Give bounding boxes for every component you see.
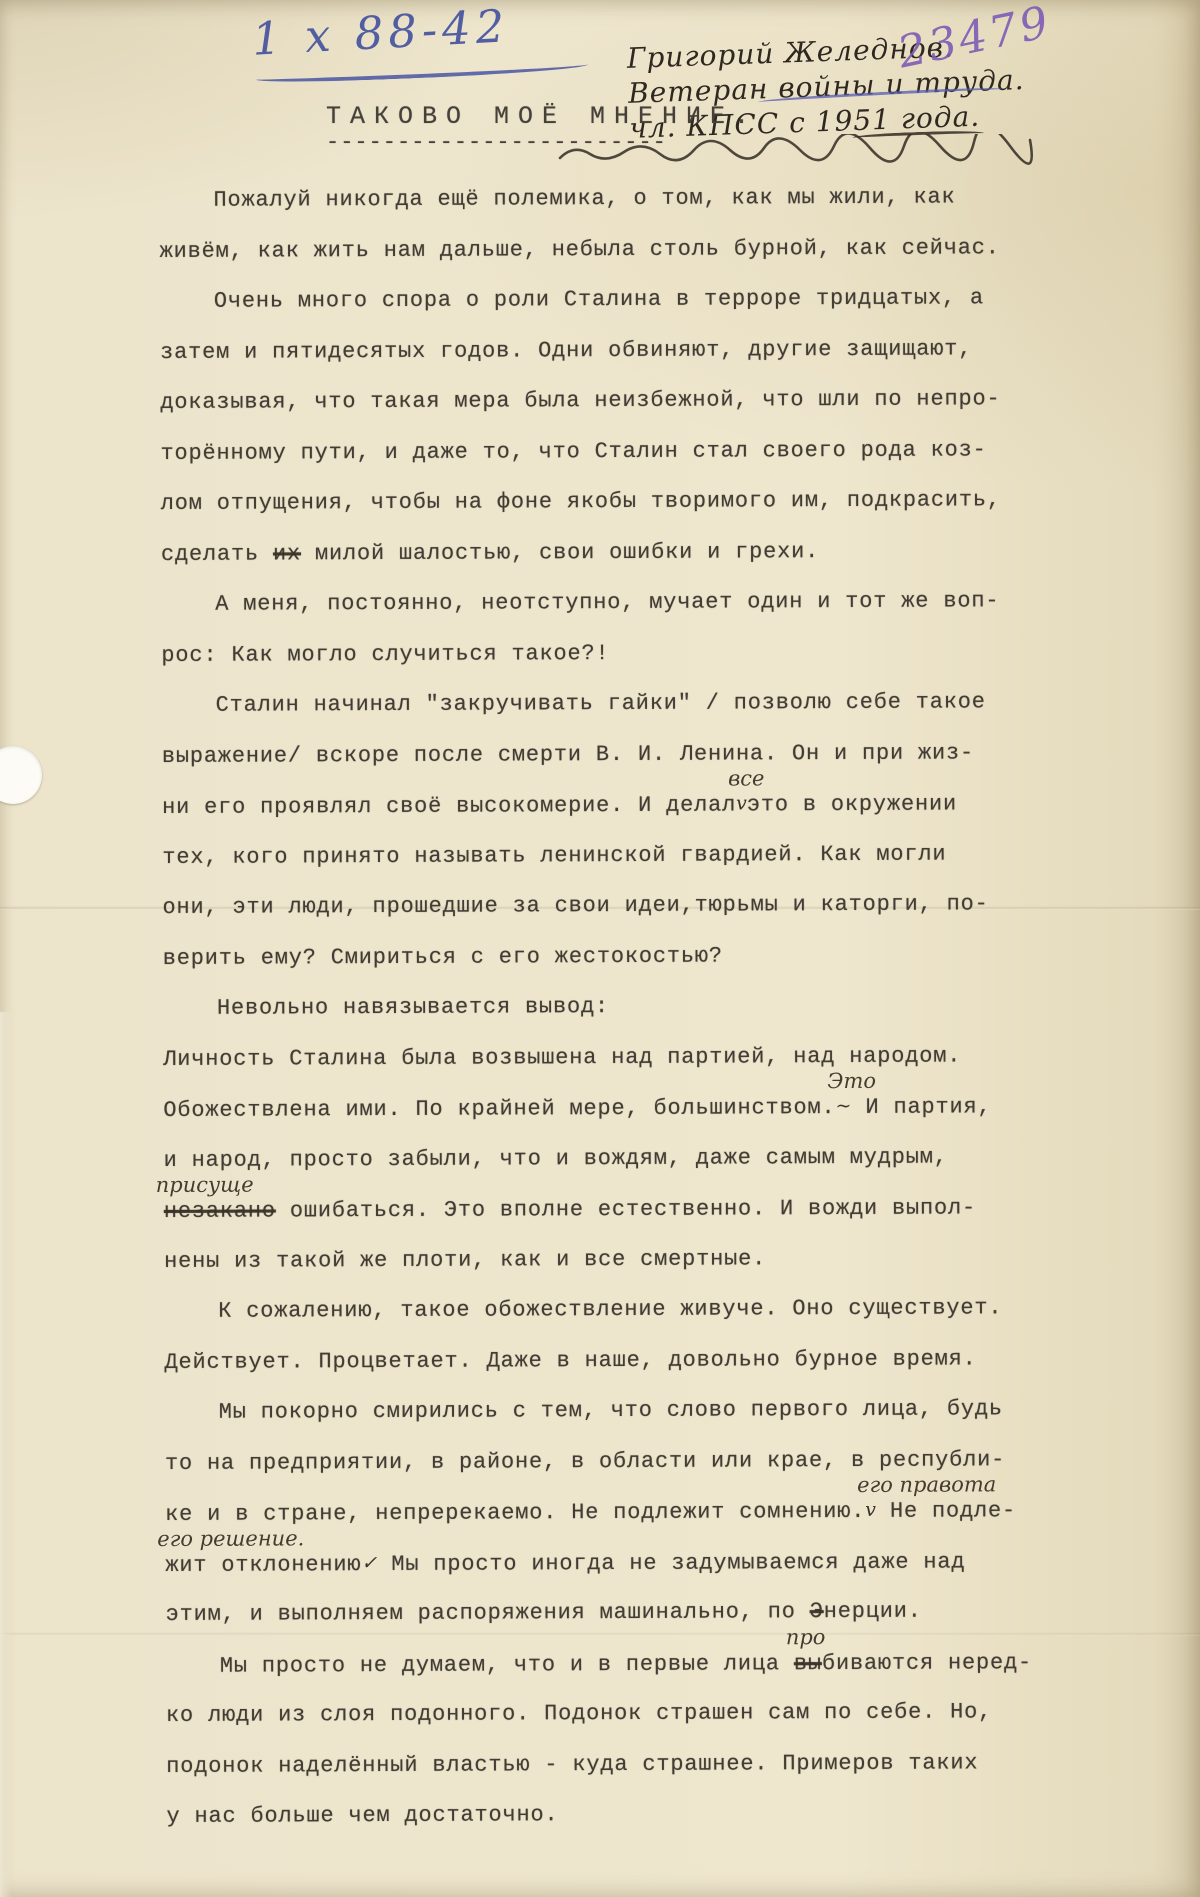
typed-line: тех, кого принято называть ленинской гва… bbox=[162, 841, 1062, 895]
typed-line: подонок наделённый властью - куда страшн… bbox=[166, 1750, 1066, 1804]
typed-text: тех, кого принято называть ленинской гва… bbox=[162, 841, 946, 869]
typed-line: живём, как жить нам дальше, небыла столь… bbox=[160, 235, 1060, 289]
typed-text: Очень много спора о роли Сталина в терро… bbox=[214, 285, 984, 313]
typed-line: доказывая, что такая мера была неизбежно… bbox=[160, 386, 1060, 440]
typed-text: рос: Как могло случиться такое?! bbox=[161, 641, 609, 668]
typed-line: К сожалению, такое обожествление живуче.… bbox=[164, 1295, 1064, 1349]
typed-line: Действует. Процветает. Даже в наше, дово… bbox=[164, 1346, 1064, 1400]
typed-text: К сожалению, такое обожествление живуче.… bbox=[218, 1295, 1002, 1323]
insertion-caret-mark: v bbox=[736, 792, 747, 814]
typed-text: Обожествлена ими. По крайней мере, больш… bbox=[163, 1095, 835, 1123]
typed-line: Сталин начинал "закручивать гайки" / поз… bbox=[162, 689, 1062, 743]
typed-line: А меня, постоянно, неотступно, мучает од… bbox=[161, 588, 1061, 642]
typed-text: жит отклонению bbox=[165, 1552, 361, 1578]
typed-text: торённому пути, и даже то, что Сталин ст… bbox=[160, 437, 986, 466]
typed-text: верить ему? Смириться с его жестокостью? bbox=[163, 943, 723, 970]
typed-text: ошибаться. Это вполне естественно. И вож… bbox=[276, 1195, 976, 1223]
scanned-typewritten-letter: 1 х 88-42 Григорий Желеднов. Ветеран вой… bbox=[0, 0, 1200, 1897]
typed-body: Пожалуй никогда ещё полемика, о том, как… bbox=[159, 184, 1066, 1854]
typed-text: ни его проявлял своё высокомерие. И дела… bbox=[162, 792, 736, 820]
handwritten-underline-stroke bbox=[256, 60, 588, 85]
title-underline-dashes: ------------------------ bbox=[326, 130, 667, 155]
hole-punch bbox=[0, 746, 42, 804]
typed-text: затем и пятидесятых годов. Одни обвиняют… bbox=[160, 336, 972, 365]
typed-line: этим, и выполняем распоряжения машинальн… bbox=[166, 1598, 1066, 1652]
typed-text: нены из такой же плоти, как и все смертн… bbox=[164, 1246, 766, 1274]
typed-line: они, эти люди, прошедшие за свои идеи,тю… bbox=[162, 891, 1062, 945]
document-title: ТАКОВО МОЁ МНЕНИЕ. bbox=[326, 102, 758, 131]
typed-text: этим, и выполняем распоряжения машинальн… bbox=[166, 1599, 810, 1627]
typed-line: ко люди из слоя подонного. Подонок страш… bbox=[166, 1699, 1066, 1753]
insertion-caret-mark: ✓ bbox=[361, 1552, 377, 1574]
typed-text: нерции. bbox=[824, 1599, 922, 1624]
typed-text: Невольно навязывается вывод: bbox=[217, 994, 609, 1021]
typed-text: сделать bbox=[161, 541, 273, 566]
typed-text: у нас больше чем достаточно. bbox=[166, 1802, 558, 1829]
typed-text: милой шалостью, свои ошибки и грехи. bbox=[301, 539, 819, 566]
typed-line: затем и пятидесятых годов. Одни обвиняют… bbox=[160, 336, 1060, 390]
insertion-caret-mark: ~ bbox=[835, 1095, 851, 1117]
typed-line: Очень много спора о роли Сталина в терро… bbox=[160, 285, 1060, 339]
struck-out-text: незакано bbox=[164, 1198, 276, 1223]
struck-out-text: вы bbox=[794, 1651, 822, 1676]
typed-text: И партия, bbox=[851, 1094, 991, 1120]
typed-text: Сталин начинал "закручивать гайки" / поз… bbox=[216, 689, 986, 717]
typed-text: то на предприятии, в районе, в области и… bbox=[165, 1447, 1005, 1476]
typed-line: торённому пути, и даже то, что Сталин ст… bbox=[160, 437, 1060, 491]
typed-text: живём, как жить нам дальше, небыла столь… bbox=[160, 235, 1000, 264]
handwritten-archive-number: 1 х 88-42 bbox=[251, 0, 511, 66]
typed-line: присущенезакано ошибаться. Это вполне ес… bbox=[164, 1194, 1064, 1248]
typed-text: подонок наделённый властью - куда страшн… bbox=[166, 1750, 978, 1779]
typed-line: Невольно навязывается вывод: bbox=[163, 992, 1063, 1046]
typed-text: это в окружении bbox=[747, 791, 957, 817]
typed-line: Обожествлена ими. По крайней мере, больш… bbox=[163, 1093, 1063, 1147]
typed-line: у нас больше чем достаточно. bbox=[166, 1800, 1066, 1854]
typed-line: Мы покорно смирились с тем, что слово пе… bbox=[165, 1396, 1065, 1450]
typed-line: сделать их милой шалостью, свои ошибки и… bbox=[161, 538, 1061, 592]
typed-text: и народ, просто забыли, что и вождям, да… bbox=[164, 1144, 948, 1172]
typed-line: и народ, просто забыли, что и вождям, да… bbox=[164, 1144, 1064, 1198]
typed-text: ке и в стране, непререкаемо. Не подлежит… bbox=[165, 1499, 865, 1527]
typed-text: выражение/ вскоре после смерти В. И. Лен… bbox=[162, 740, 974, 769]
struck-out-text: Э bbox=[810, 1599, 824, 1624]
typed-line: ни его проявлял своё высокомерие. И дела… bbox=[162, 790, 1062, 844]
typed-text: Мы просто не думаем, что и в первые лица bbox=[220, 1651, 794, 1679]
paper-edge-fold bbox=[0, 1012, 12, 1897]
typed-text: ко люди из слоя подонного. Подонок страш… bbox=[166, 1699, 992, 1728]
typed-line: лом отпущения, чтобы на фоне якобы твори… bbox=[161, 487, 1061, 541]
typed-text: Не подле- bbox=[876, 1498, 1016, 1524]
typed-text: биваются неред- bbox=[822, 1650, 1032, 1676]
typed-line: его решение.жит отклонению✓ Мы просто ин… bbox=[165, 1548, 1065, 1602]
typed-text: Личность Сталина была возвышена над парт… bbox=[163, 1043, 961, 1071]
typed-line: верить ему? Смириться с его жестокостью? bbox=[163, 942, 1063, 996]
typed-line: Мы просто не думаем, что и в первые лица… bbox=[166, 1649, 1066, 1703]
typed-text: Мы просто иногда не задумываемся даже на… bbox=[377, 1549, 965, 1577]
typed-text: они, эти люди, прошедшие за свои идеи,тю… bbox=[162, 891, 988, 920]
typed-text: Действует. Процветает. Даже в наше, дово… bbox=[164, 1346, 976, 1375]
insertion-caret-mark: v bbox=[865, 1499, 876, 1521]
typed-line: рос: Как могло случиться такое?! bbox=[161, 639, 1061, 693]
typed-text: Мы покорно смирились с тем, что слово пе… bbox=[219, 1396, 1003, 1424]
typed-line: нены из такой же плоти, как и все смертн… bbox=[164, 1245, 1064, 1299]
typed-text: лом отпущения, чтобы на фоне якобы твори… bbox=[161, 487, 1001, 516]
typed-line: Пожалуй никогда ещё полемика, о том, как… bbox=[159, 184, 1059, 238]
typed-text: А меня, постоянно, неотступно, мучает од… bbox=[215, 588, 999, 616]
typed-line: выражение/ вскоре после смерти В. И. Лен… bbox=[162, 740, 1062, 794]
struck-out-text: их bbox=[273, 541, 301, 566]
typed-text: Пожалуй никогда ещё полемика, о том, как… bbox=[213, 184, 955, 212]
typed-line: Личность Сталина была возвышена над парт… bbox=[163, 1043, 1063, 1097]
typed-text: доказывая, что такая мера была неизбежно… bbox=[160, 386, 1000, 415]
